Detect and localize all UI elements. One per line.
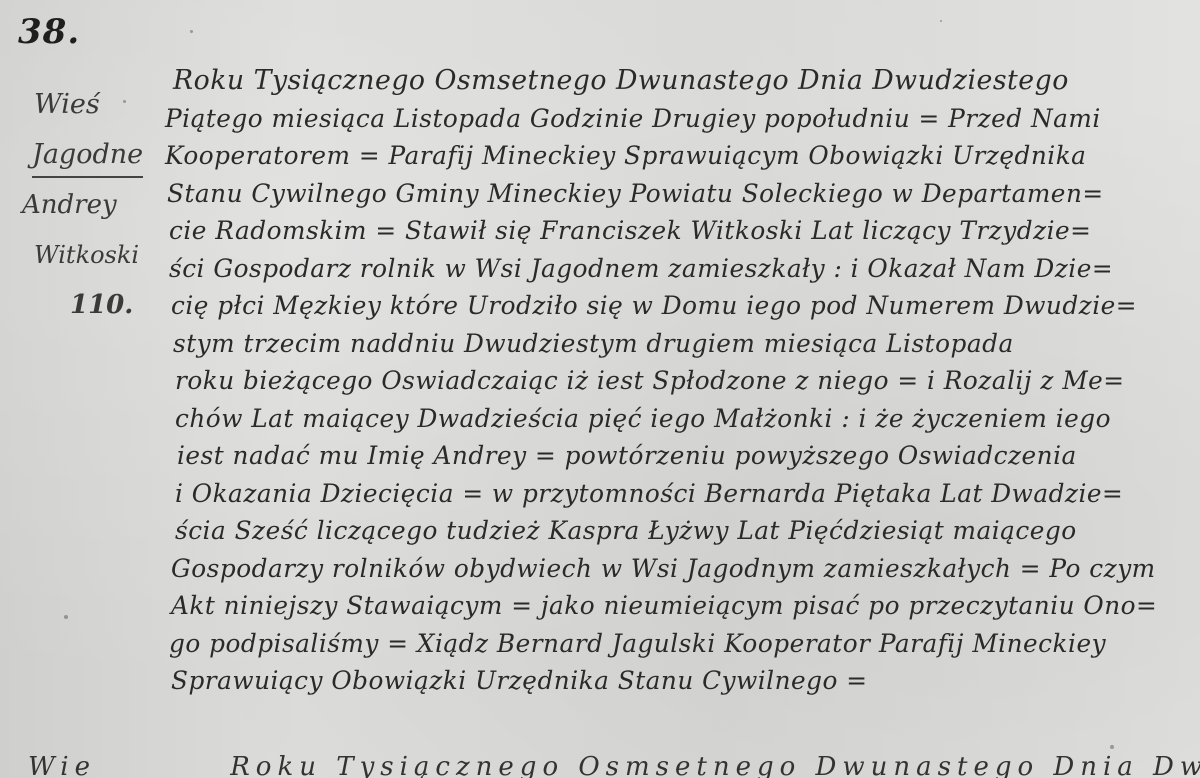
record-line: ści Gospodarz rolnik w Wsi Jagodnem zami… bbox=[169, 250, 1185, 288]
paper-speck bbox=[940, 20, 942, 22]
margin-place-name: Jagodne bbox=[32, 136, 143, 178]
record-line: ścia Sześć liczącego tudzież Kaspra Łyżw… bbox=[175, 512, 1185, 550]
margin-record-number: 110. bbox=[70, 280, 157, 330]
registry-page-scan: 38. Wieś Jagodne Andrey Witkoski 110. Ro… bbox=[0, 0, 1200, 778]
record-line: roku bieżącego Oswiadczaiąc iż iest Spło… bbox=[175, 362, 1185, 400]
record-line: iest nadać mu Imię Andrey = powtórzeniu … bbox=[177, 437, 1185, 475]
margin-village-label: Wieś bbox=[34, 80, 157, 130]
record-line: cię płci Męzkiey które Urodziło się w Do… bbox=[171, 287, 1185, 325]
next-entry-margin: Wie bbox=[28, 752, 96, 778]
paper-speck bbox=[190, 30, 193, 33]
margin-annotation: Wieś Jagodne Andrey Witkoski 110. bbox=[22, 80, 157, 330]
paper-speck bbox=[1110, 745, 1114, 749]
record-line: Piątego miesiąca Listopada Godzinie Drug… bbox=[165, 100, 1185, 138]
record-line: Stanu Cywilnego Gminy Mineckiey Powiatu … bbox=[167, 175, 1185, 213]
paper-speck bbox=[64, 615, 68, 619]
record-body: Roku Tysiącznego Osmsetnego Dwunastego D… bbox=[165, 62, 1195, 700]
margin-child-first-name: Andrey bbox=[22, 180, 157, 230]
record-line: Roku Tysiącznego Osmsetnego Dwunastego D… bbox=[173, 62, 1185, 100]
record-line: Kooperatorem = Parafij Mineckiey Sprawui… bbox=[165, 137, 1185, 175]
record-line: chów Lat maiącey Dwadzieścia pięć iego M… bbox=[175, 400, 1185, 438]
next-entry-text: Roku Tysiącznego Osmsetnego Dwunastego D… bbox=[230, 752, 1200, 778]
record-line: Sprawuiący Obowiązki Urzędnika Stanu Cyw… bbox=[171, 662, 1185, 700]
record-line: i Okazania Dziecięcia = w przytomności B… bbox=[175, 475, 1185, 513]
page-number: 38. bbox=[18, 12, 80, 52]
next-entry-partial: Wie Roku Tysiącznego Osmsetnego Dwunaste… bbox=[28, 752, 1200, 778]
record-line: go podpisaliśmy = Xiądz Bernard Jagulski… bbox=[169, 625, 1185, 663]
record-line: stym trzecim naddniu Dwudziestym drugiem… bbox=[173, 325, 1185, 363]
record-line: Akt niniejszy Stawaiącym = jako nieumiei… bbox=[171, 587, 1185, 625]
record-line: Gospodarzy rolników obydwiech w Wsi Jago… bbox=[171, 550, 1185, 588]
record-line: cie Radomskim = Stawił się Franciszek Wi… bbox=[169, 212, 1185, 250]
margin-child-surname: Witkoski bbox=[34, 230, 157, 280]
